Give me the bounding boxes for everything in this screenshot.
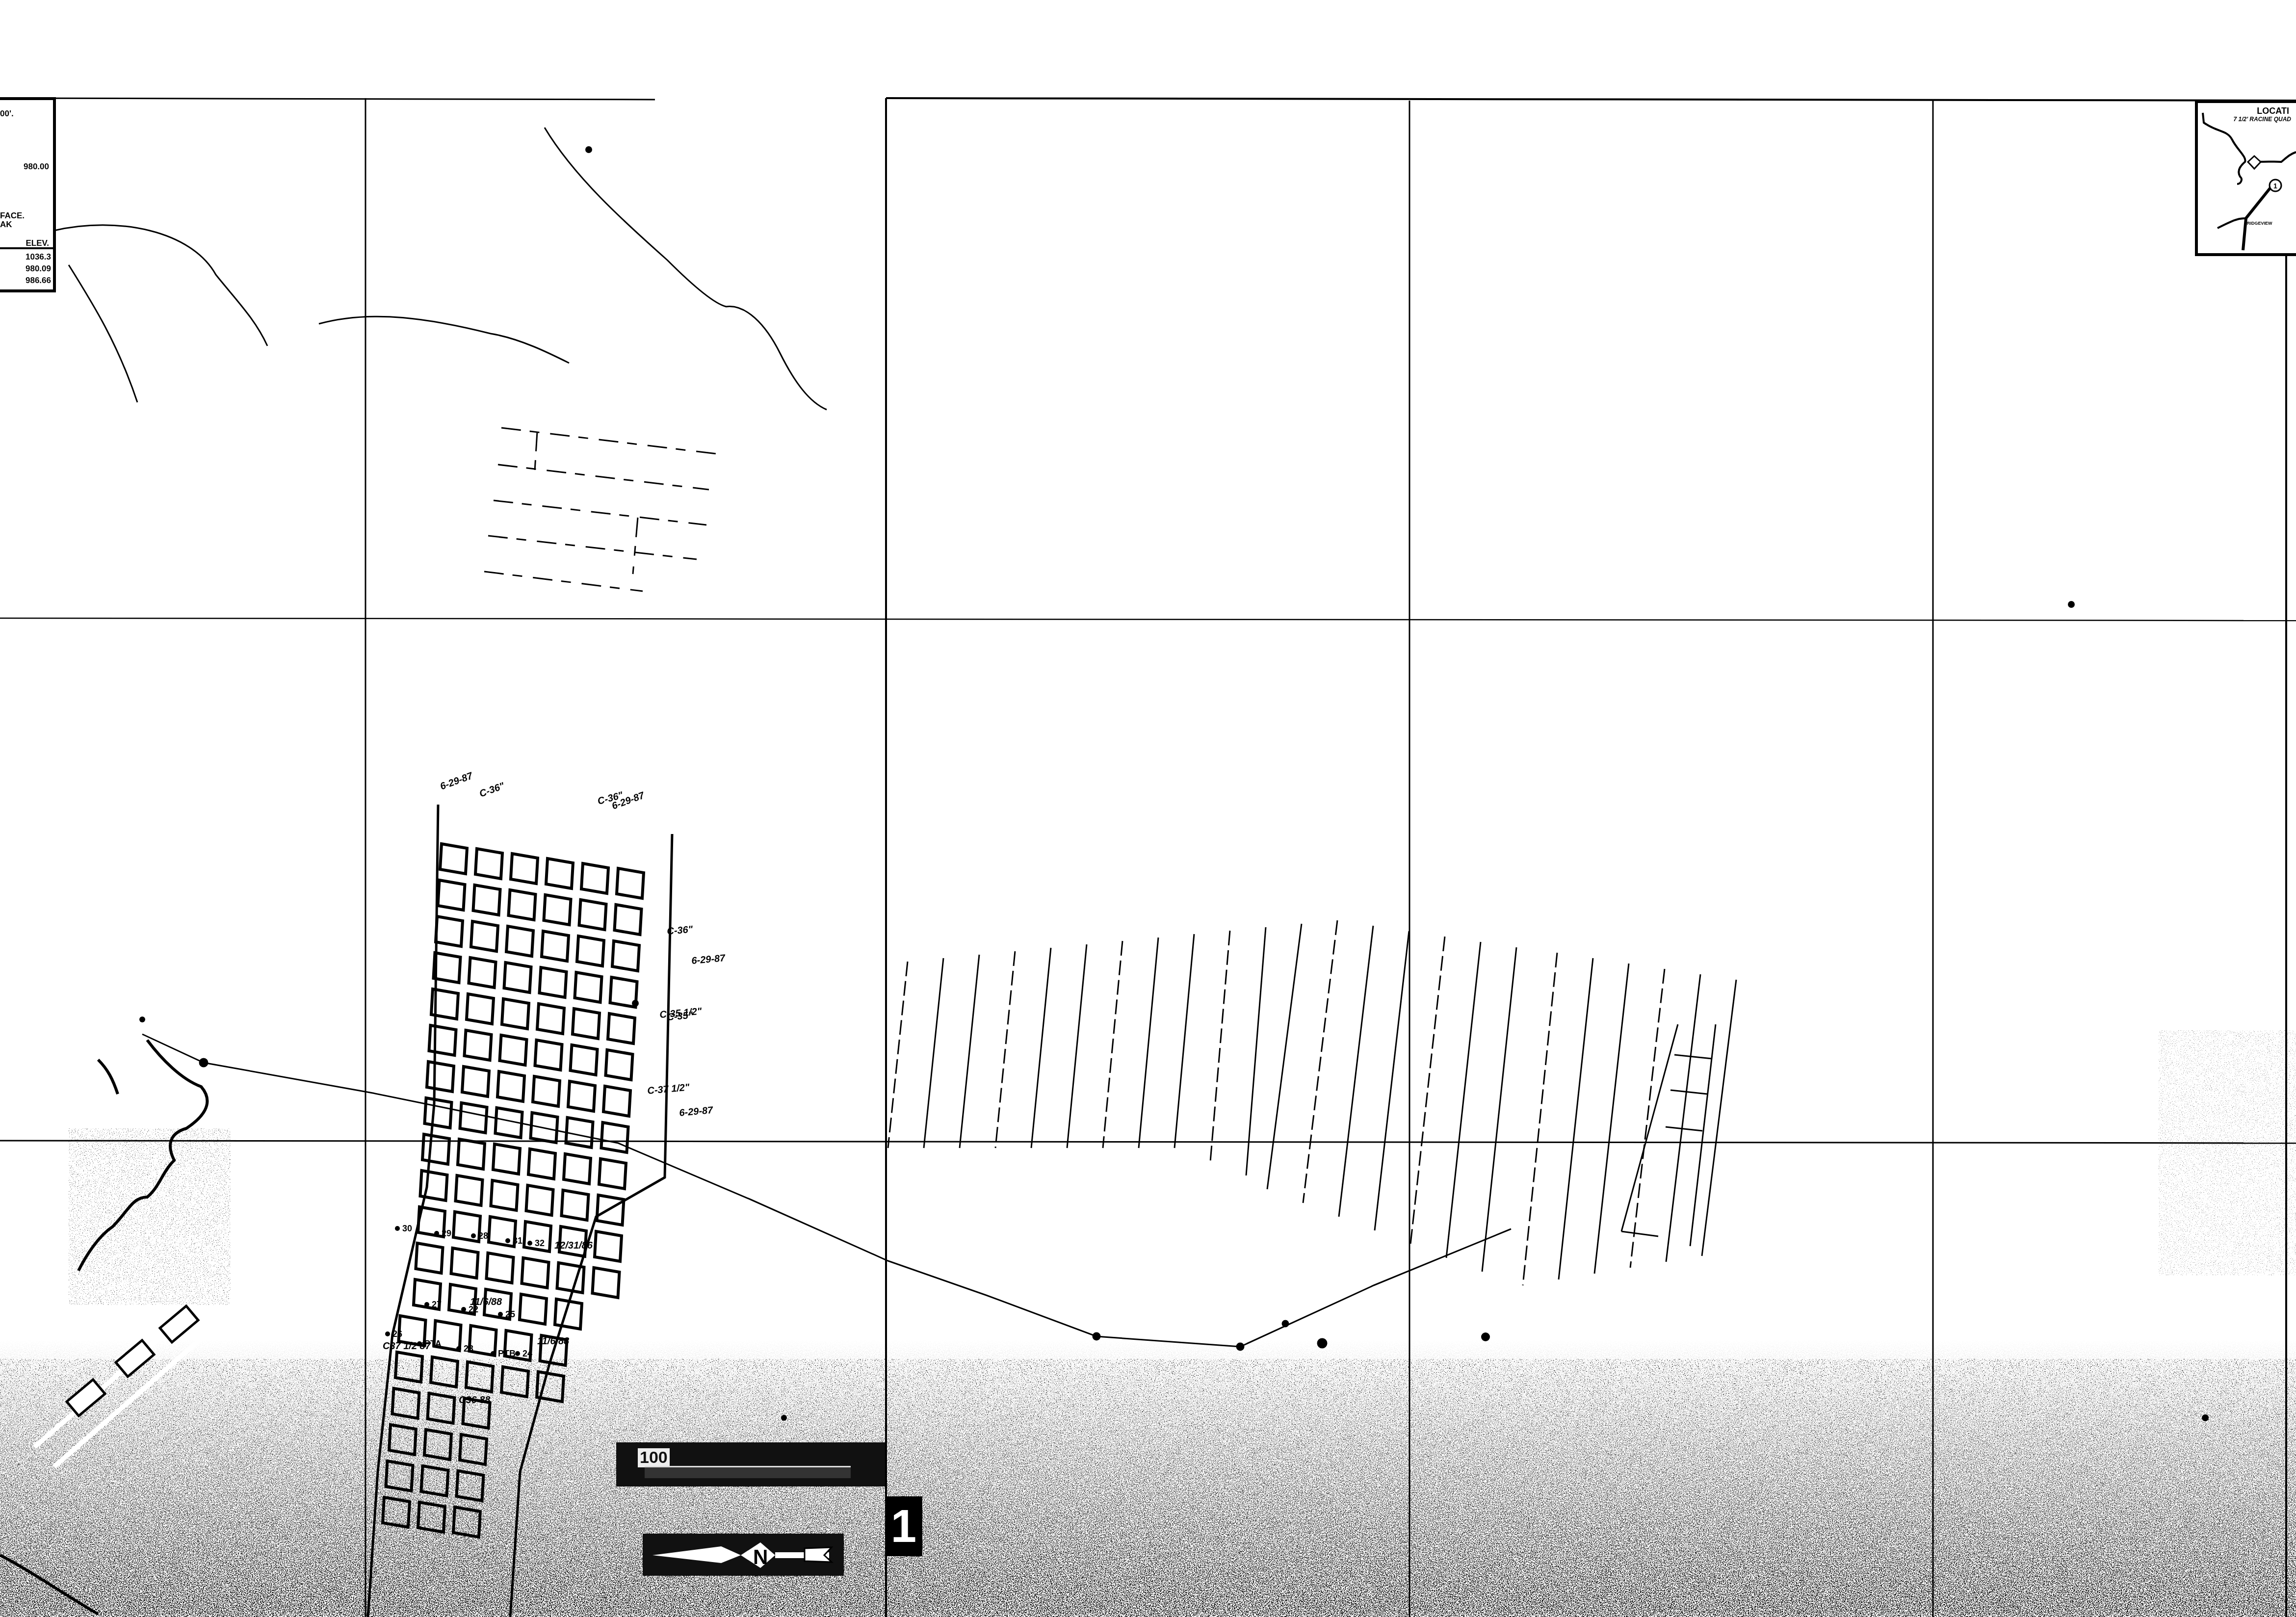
survey-point-label: 25	[505, 1309, 515, 1319]
grid-annotation: 11/6/88	[537, 1336, 570, 1347]
survey-point-label: 31	[513, 1236, 522, 1246]
north-arrow-panel: N	[643, 1534, 844, 1576]
contour-lines	[54, 128, 827, 410]
survey-point-label: 28	[478, 1231, 488, 1241]
survey-point-label: PTB	[498, 1349, 516, 1358]
legend-elev-header: ELEV.	[26, 238, 49, 248]
grid-annotation: 6-29-87	[439, 770, 474, 792]
svg-text:1: 1	[2273, 182, 2277, 190]
survey-point-label: 24	[522, 1349, 532, 1358]
survey-point-label: 29	[442, 1228, 451, 1238]
faded-streets	[484, 428, 716, 591]
elevation-1: 1036.3	[26, 252, 51, 262]
grid-annotation: C-36"	[667, 924, 694, 937]
legend-panel: 00'. 980.00 FACE. AK ELEV. 1036.3 980.09…	[0, 97, 56, 292]
parallel-survey-lines	[888, 920, 1736, 1285]
survey-point-label: 23	[464, 1344, 473, 1354]
legend-note-2: AK	[0, 220, 12, 230]
grid-annotation: 6-29-87	[691, 953, 726, 966]
scale-bar-label: 100	[638, 1448, 670, 1467]
survey-point-label: 27	[432, 1300, 442, 1309]
grid-annotation: 12/31/86	[554, 1240, 593, 1251]
survey-point-label: 30	[402, 1224, 412, 1233]
inset-map-icon: 1 RIDGEVIEW	[2198, 103, 2296, 253]
grid-annotation: C-37 1/2"	[647, 1082, 690, 1096]
survey-point-label: PTA	[424, 1339, 442, 1349]
elevation-2: 980.09	[26, 264, 51, 274]
survey-map: 6-29-87C-36"C-36"6-29-87C-36"6-29-87C-35…	[0, 0, 2296, 1617]
sheet-number-badge: 1	[885, 1496, 922, 1556]
scale-bar: 100	[616, 1442, 885, 1487]
location-inset: LOCATI 7 1/2' RACINE QUAD 1 RIDGEVIEW	[2195, 100, 2296, 256]
scale-bar-graduations	[645, 1466, 851, 1478]
right-ladder	[1621, 1024, 1716, 1246]
elevation-3: 986.66	[26, 276, 51, 286]
svg-text:RIDGEVIEW: RIDGEVIEW	[2247, 221, 2272, 226]
grid-annotation: C37 1/2 87	[383, 1341, 431, 1352]
survey-point-label: 32	[535, 1238, 545, 1248]
grid-annotation: C-35 1/2"	[659, 1006, 703, 1020]
survey-point-label: 22	[469, 1304, 478, 1314]
svg-text:N: N	[753, 1545, 768, 1568]
legend-divider	[0, 247, 53, 249]
survey-point-label: 26	[392, 1329, 402, 1339]
grid-annotation: C36 88	[459, 1395, 491, 1406]
legend-scale: 00'.	[0, 109, 14, 119]
legend-datum: 980.00	[24, 162, 49, 172]
grid-annotation: 6-29-87	[679, 1105, 714, 1119]
traverse-line	[142, 1034, 1511, 1350]
legend-note-1: FACE.	[0, 211, 25, 221]
grid-annotation: C-36"	[478, 781, 506, 800]
north-arrow-icon: N	[643, 1534, 844, 1576]
